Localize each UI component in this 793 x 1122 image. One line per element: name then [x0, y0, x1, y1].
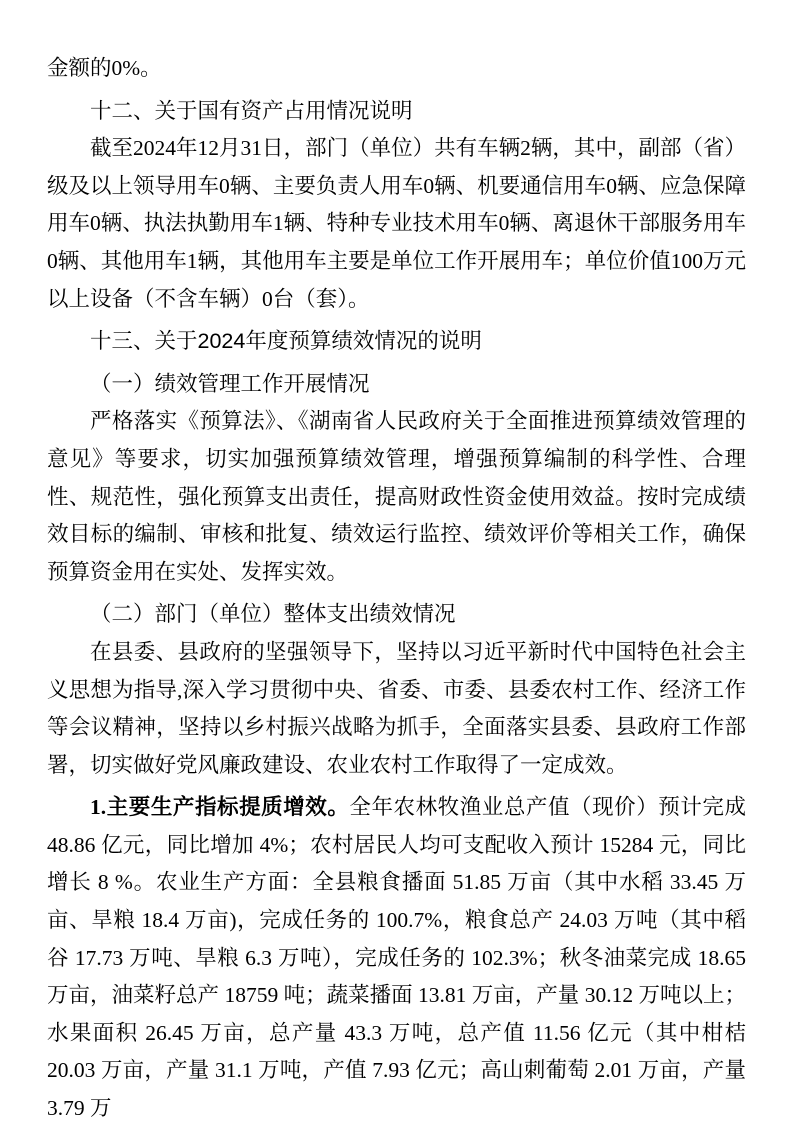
production-indicators-body: 全年农林牧渔业总产值（现价）预计完成48.86 亿元，同比增加 4%；农村居民人…: [47, 795, 746, 1120]
subsection-heading-1-performance-management: （一）绩效管理工作开展情况: [47, 366, 746, 404]
paragraph-overall-performance: 在县委、县政府的坚强领导下，坚持以习近平新时代中国特色社会主义思想为指导,深入学…: [47, 634, 746, 784]
production-indicators-lead: 1.主要生产指标提质增效。: [90, 795, 349, 819]
paragraph-production-indicators: 1.主要生产指标提质增效。全年农林牧渔业总产值（现价）预计完成48.86 亿元，…: [47, 789, 746, 1122]
document-page: 金额的0%。 十二、关于国有资产占用情况说明 截至2024年12月31日，部门（…: [0, 0, 793, 1122]
subsection-heading-2-overall-expenditure-performance: （二）部门（单位）整体支出绩效情况: [47, 596, 746, 634]
section-heading-12-state-assets: 十二、关于国有资产占用情况说明: [47, 93, 746, 131]
section-heading-13-budget-performance: 十三、关于2024年度预算绩效情况的说明: [47, 323, 746, 361]
continuation-paragraph: 金额的0%。: [47, 50, 746, 88]
paragraph-state-assets: 截至2024年12月31日，部门（单位）共有车辆2辆，其中，副部（省）级及以上领…: [47, 130, 746, 318]
paragraph-performance-management: 严格落实《预算法》、《湖南省人民政府关于全面推进预算绩效管理的意见》等要求，切实…: [47, 403, 746, 591]
